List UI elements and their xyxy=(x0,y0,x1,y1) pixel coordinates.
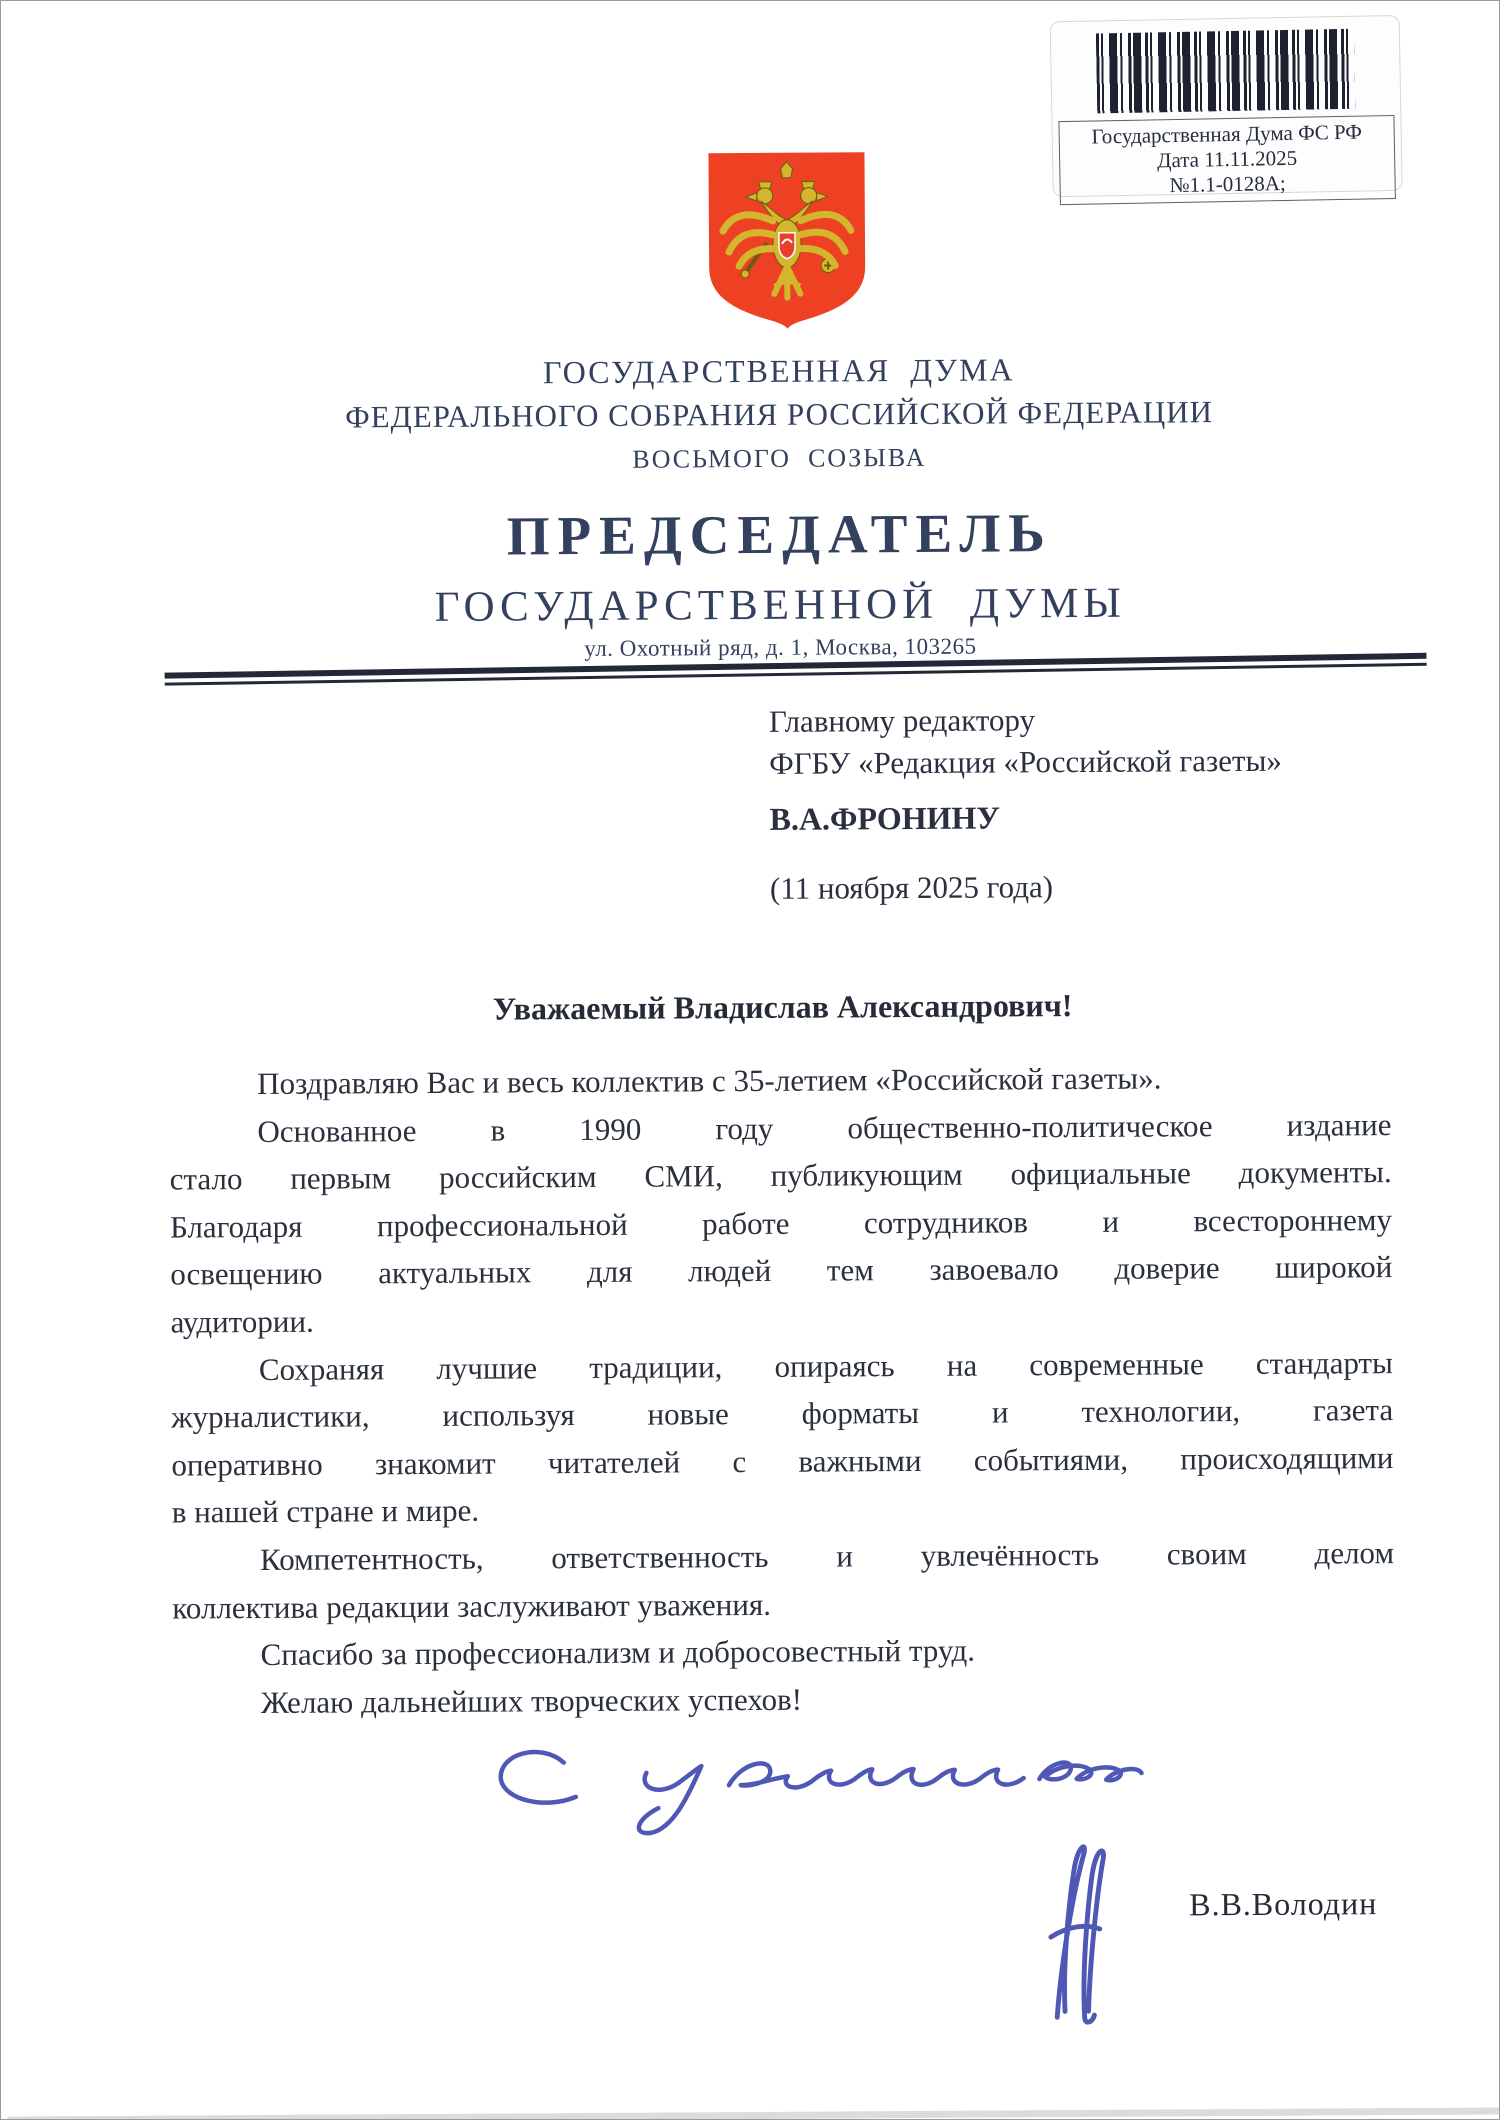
coat-of-arms-icon xyxy=(700,146,873,333)
body-line: Благодаря профессиональной работе сотруд… xyxy=(170,1196,1392,1251)
recipient-block: Главному редактору ФГБУ «Редакция «Росси… xyxy=(769,698,1283,907)
barcode-icon xyxy=(1096,29,1355,114)
letter-body: Поздравляю Вас и весь коллектив с 35-лет… xyxy=(169,1053,1395,1727)
stamp-number: №1.1-0128А; xyxy=(1062,169,1392,200)
letter-date: (11 ноября 2025 года) xyxy=(770,868,1283,907)
letterhead-org-line3: ВОСЬМОГО СОЗЫВА xyxy=(63,439,1495,478)
salutation: Уважаемый Владислав Александрович! xyxy=(67,984,1499,1030)
letterhead-title-duma: ГОСУДАРСТВЕННОЙ ДУМЫ xyxy=(64,576,1496,634)
recipient-organization: ФГБУ «Редакция «Российской газеты» xyxy=(769,740,1282,785)
body-line: Спасибо за профессионализм и добросовест… xyxy=(172,1624,1394,1679)
signer-name: В.В.Володин xyxy=(1189,1885,1377,1923)
body-line: в нашей стране и мире. xyxy=(172,1481,1394,1536)
registration-stamp: Государственная Дума ФС РФ Дата 11.11.20… xyxy=(1050,15,1403,197)
body-line: оперативно знакомит читателей с важными … xyxy=(171,1434,1393,1489)
recipient-role: Главному редактору xyxy=(769,698,1282,743)
body-line: Поздравляю Вас и весь коллектив с 35-лет… xyxy=(169,1053,1391,1108)
recipient-name: В.А.ФРОНИНУ xyxy=(769,798,1282,838)
body-line: Компетентность, ответственность и увлечё… xyxy=(172,1529,1394,1584)
body-line: журналистики, используя новые форматы и … xyxy=(171,1386,1393,1441)
letter-page: Государственная Дума ФС РФ Дата 11.11.20… xyxy=(0,0,1500,2120)
body-line: освещению актуальных для людей тем завое… xyxy=(170,1243,1392,1298)
body-line: Сохраняя лучшие традиции, опираясь на со… xyxy=(171,1339,1393,1394)
body-line: стало первым российским СМИ, публикующим… xyxy=(170,1148,1392,1203)
signature-icon xyxy=(1028,1839,1121,2026)
letterhead-org-line1: ГОСУДАРСТВЕННАЯ ДУМА xyxy=(63,348,1495,394)
body-line: Желаю дальнейших творческих успехов! xyxy=(173,1672,1395,1727)
letterhead-org-line2: ФЕДЕРАЛЬНОГО СОБРАНИЯ РОССИЙСКОЙ ФЕДЕРАЦ… xyxy=(63,392,1495,437)
body-line: Основанное в 1990 году общественно-полит… xyxy=(169,1101,1391,1156)
body-line: коллектива редакции заслуживают уважения… xyxy=(172,1577,1394,1632)
body-line: аудитории. xyxy=(170,1291,1392,1346)
scanned-sheet: Государственная Дума ФС РФ Дата 11.11.20… xyxy=(0,0,1500,2120)
stamp-text-box: Государственная Дума ФС РФ Дата 11.11.20… xyxy=(1058,115,1395,205)
handwritten-closing xyxy=(481,1723,1150,1845)
scan-edge-shadow xyxy=(7,2107,1500,2120)
letterhead-title-chairman: ПРЕДСЕДАТЕЛЬ xyxy=(64,498,1496,570)
